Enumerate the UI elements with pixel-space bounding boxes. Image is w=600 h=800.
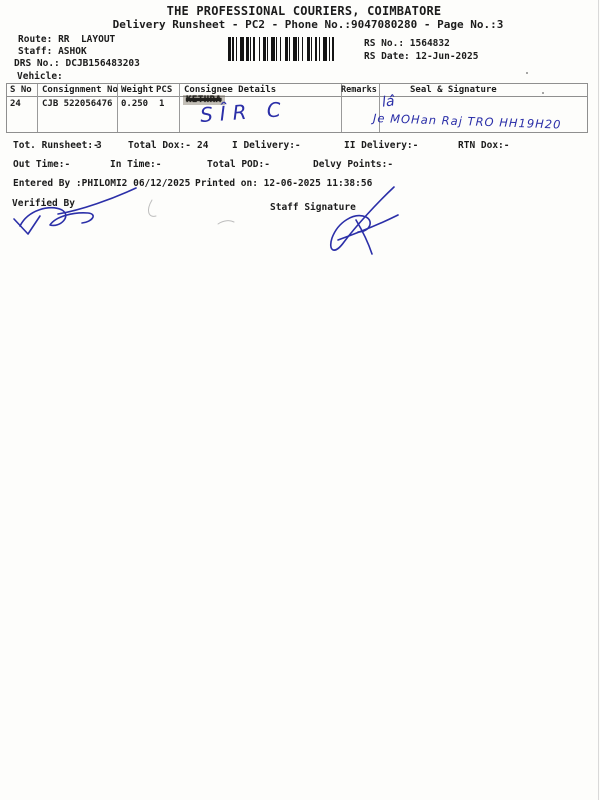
staff-label: Staff:: [18, 46, 52, 57]
col-header-seal: Seal & Signature: [410, 85, 497, 96]
col-header-consignment: Consignment No: [42, 85, 118, 96]
row-sno: 24: [10, 99, 21, 110]
rs-no-value: 1564832: [410, 38, 450, 49]
staff-line: Staff: ASHOK: [18, 46, 87, 57]
in-time-label: In Time:-: [110, 159, 161, 170]
rs-date-label: RS Date:: [364, 51, 410, 62]
vehicle-label: Vehicle:: [17, 71, 63, 82]
table-column-line: [37, 84, 38, 132]
seal-handwriting-line1: lá̂: [381, 93, 395, 110]
verified-by-signature: [8, 186, 148, 241]
row-consignment-no: CJB 522056476: [42, 99, 112, 110]
scan-speck: [526, 72, 528, 74]
rs-no-label: RS No.:: [364, 38, 404, 49]
rtn-dox-label: RTN Dox:-: [458, 140, 509, 151]
company-title: THE PROFESSIONAL COURIERS, COIMBATORE: [4, 6, 600, 17]
tot-runsheet-value: 3: [96, 140, 102, 151]
row-pcs: 1: [159, 99, 164, 110]
delvy-points-label: Delvy Points:-: [313, 159, 393, 170]
drs-value: DCJB156483203: [66, 58, 140, 69]
route-label: Route:: [18, 34, 52, 45]
col-header-pcs: PCS: [156, 85, 172, 96]
drs-line: DRS No.: DCJB156483203: [14, 58, 140, 69]
rs-date-line: RS Date: 12-Jun-2025: [364, 51, 478, 62]
total-dox-value: 24: [197, 140, 208, 151]
scan-artifact-marks: [130, 190, 250, 235]
route-line: Route: RR LAYOUT: [18, 34, 115, 45]
total-dox-label: Total Dox:-: [128, 140, 191, 151]
delivery2-label: II Delivery:-: [344, 140, 418, 151]
total-pod-label: Total POD:-: [207, 159, 270, 170]
route-value: RR LAYOUT: [58, 34, 115, 45]
staff-signature: [272, 182, 407, 260]
rs-no-line: RS No.: 1564832: [364, 38, 450, 49]
drs-label: DRS No.:: [14, 58, 60, 69]
runsheet-barcode: [228, 37, 352, 61]
staff-value: ASHOK: [58, 46, 87, 57]
row-weight: 0.250: [121, 99, 148, 110]
col-header-remarks: Remarks: [341, 85, 377, 96]
tot-runsheet-label: Tot. Runsheet:-: [13, 140, 99, 151]
table-header-separator: [7, 96, 587, 97]
runsheet-subtitle: Delivery Runsheet - PC2 - Phone No.:9047…: [8, 19, 600, 30]
rs-date-value: 12-Jun-2025: [416, 51, 479, 62]
scanned-delivery-runsheet: THE PROFESSIONAL COURIERS, COIMBATORE De…: [0, 0, 600, 800]
col-header-weight: Weight: [121, 85, 154, 96]
delivery1-label: I Delivery:-: [232, 140, 301, 151]
out-time-label: Out Time:-: [13, 159, 70, 170]
col-header-sno: S No: [10, 85, 32, 96]
vehicle-line: Vehicle:: [17, 71, 63, 82]
table-column-line: [179, 84, 180, 132]
